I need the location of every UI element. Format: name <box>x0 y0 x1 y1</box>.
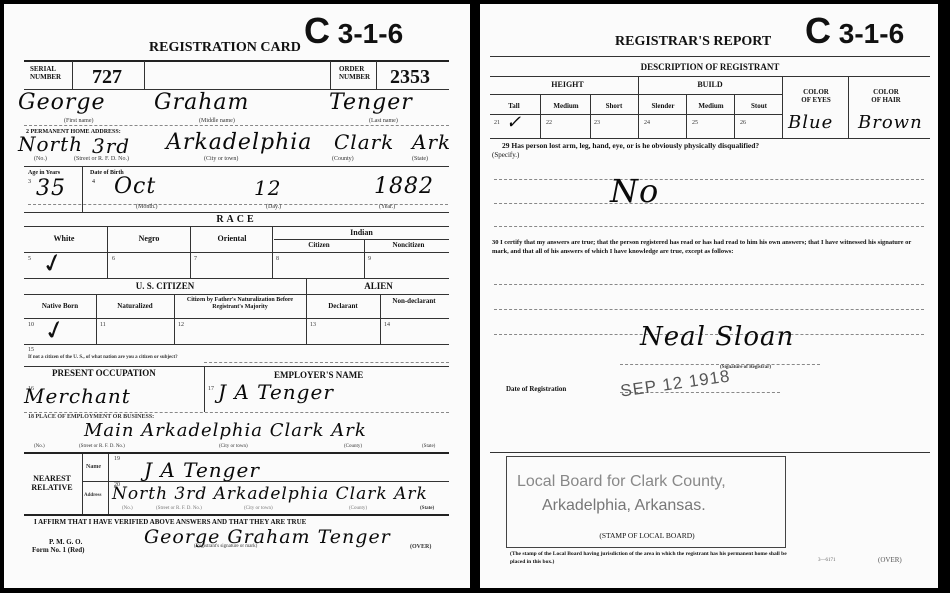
file-code-number: 3-1-6 <box>338 18 403 49</box>
stamp-instruction: (The stamp of the Local Board having jur… <box>510 550 790 566</box>
card-title: REGISTRATION CARD <box>149 40 301 56</box>
question-30: 30 I certify that my answers are true; t… <box>492 238 928 256</box>
hair-color-value: Brown <box>858 112 923 133</box>
first-name: George <box>18 90 105 115</box>
registration-card-front: C 3-1-6 REGISTRATION CARD SERIALNUMBER 7… <box>4 4 470 588</box>
file-code-back: C 3-1-6 <box>805 10 904 52</box>
address-street: 3rd <box>92 134 130 158</box>
nearest-relative-label: NEARESTRELATIVE <box>24 474 80 492</box>
indian-label: Indian <box>274 228 449 237</box>
print-code: 3—6171 <box>818 558 836 563</box>
affirmation-text: I AFFIRM THAT I HAVE VERIFIED ABOVE ANSW… <box>34 518 306 526</box>
serial-label: SERIALNUMBER <box>30 65 61 81</box>
serial-number: 727 <box>92 66 122 89</box>
relative-address: North 3rd Arkadelphia Clark Ark <box>112 484 428 504</box>
last-name: Tenger <box>329 90 413 115</box>
address-no: North <box>18 132 83 156</box>
order-number: 2353 <box>390 66 430 89</box>
relative-name: J A Tenger <box>144 458 260 482</box>
registrars-report-back: C 3-1-6 REGISTRAR'S REPORT DESCRIPTION O… <box>480 4 938 588</box>
form-id-line1: P. M. G. O. <box>49 538 82 546</box>
description-title: DESCRIPTION OF REGISTRANT <box>490 62 930 72</box>
birth-month: Oct <box>114 174 156 199</box>
file-code: C 3-1-6 <box>304 10 403 52</box>
age-value: 35 <box>36 176 66 201</box>
eye-color-value: Blue <box>788 112 833 133</box>
height-tall-mark: ✓ <box>506 112 522 133</box>
over-label: (OVER) <box>410 544 431 550</box>
stamp-caption: (STAMP OF LOCAL BOARD) <box>507 531 787 540</box>
over-label-back: (OVER) <box>878 556 902 564</box>
eye-color-label: COLOROF EYES <box>784 88 848 104</box>
employer-value: J A Tenger <box>218 380 334 404</box>
registrar-signature: Neal Sloan <box>640 322 794 352</box>
birth-year: 1882 <box>374 174 434 199</box>
stamp-line2: Arkadelphia, Arkansas. <box>542 497 706 515</box>
occupation-value: Merchant <box>24 384 131 408</box>
question-29: 29 Has person lost arm, leg, hand, eye, … <box>502 141 932 150</box>
order-label: ORDERNUMBER <box>339 65 370 81</box>
employment-place-value: Main Arkadelphia Clark Ark <box>84 420 367 441</box>
middle-name: Graham <box>154 90 249 115</box>
form-id-line2: Form No. 1 (Red) <box>32 546 85 554</box>
us-citizen-label: U. S. CITIZEN <box>24 281 306 291</box>
registration-date-stamp: SEP 12 1918 <box>619 366 732 401</box>
stamp-line1: Local Board for Clark County, <box>517 473 726 491</box>
employer-label: EMPLOYER'S NAME <box>274 370 363 380</box>
registrant-signature: George Graham Tenger <box>144 526 391 548</box>
local-board-stamp-box: Local Board for Clark County, Arkadelphi… <box>506 456 786 548</box>
nation-question: If not a citizen of the U. S., of what n… <box>28 355 178 360</box>
date-label: Date of Registration <box>506 385 566 393</box>
address-city: Arkadelphia <box>166 130 312 155</box>
alien-label: ALIEN <box>308 281 449 291</box>
hair-color-label: COLOROF HAIR <box>850 88 922 104</box>
report-title: REGISTRAR'S REPORT <box>615 34 771 50</box>
race-title: RACE <box>24 214 449 225</box>
address-county: Clark <box>334 130 394 154</box>
address-state: Ark <box>412 130 451 154</box>
birth-day: 12 <box>254 176 281 200</box>
file-code-letter: C <box>304 10 330 51</box>
q29-answer: No <box>610 172 659 210</box>
occupation-label: PRESENT OCCUPATION <box>52 368 156 378</box>
